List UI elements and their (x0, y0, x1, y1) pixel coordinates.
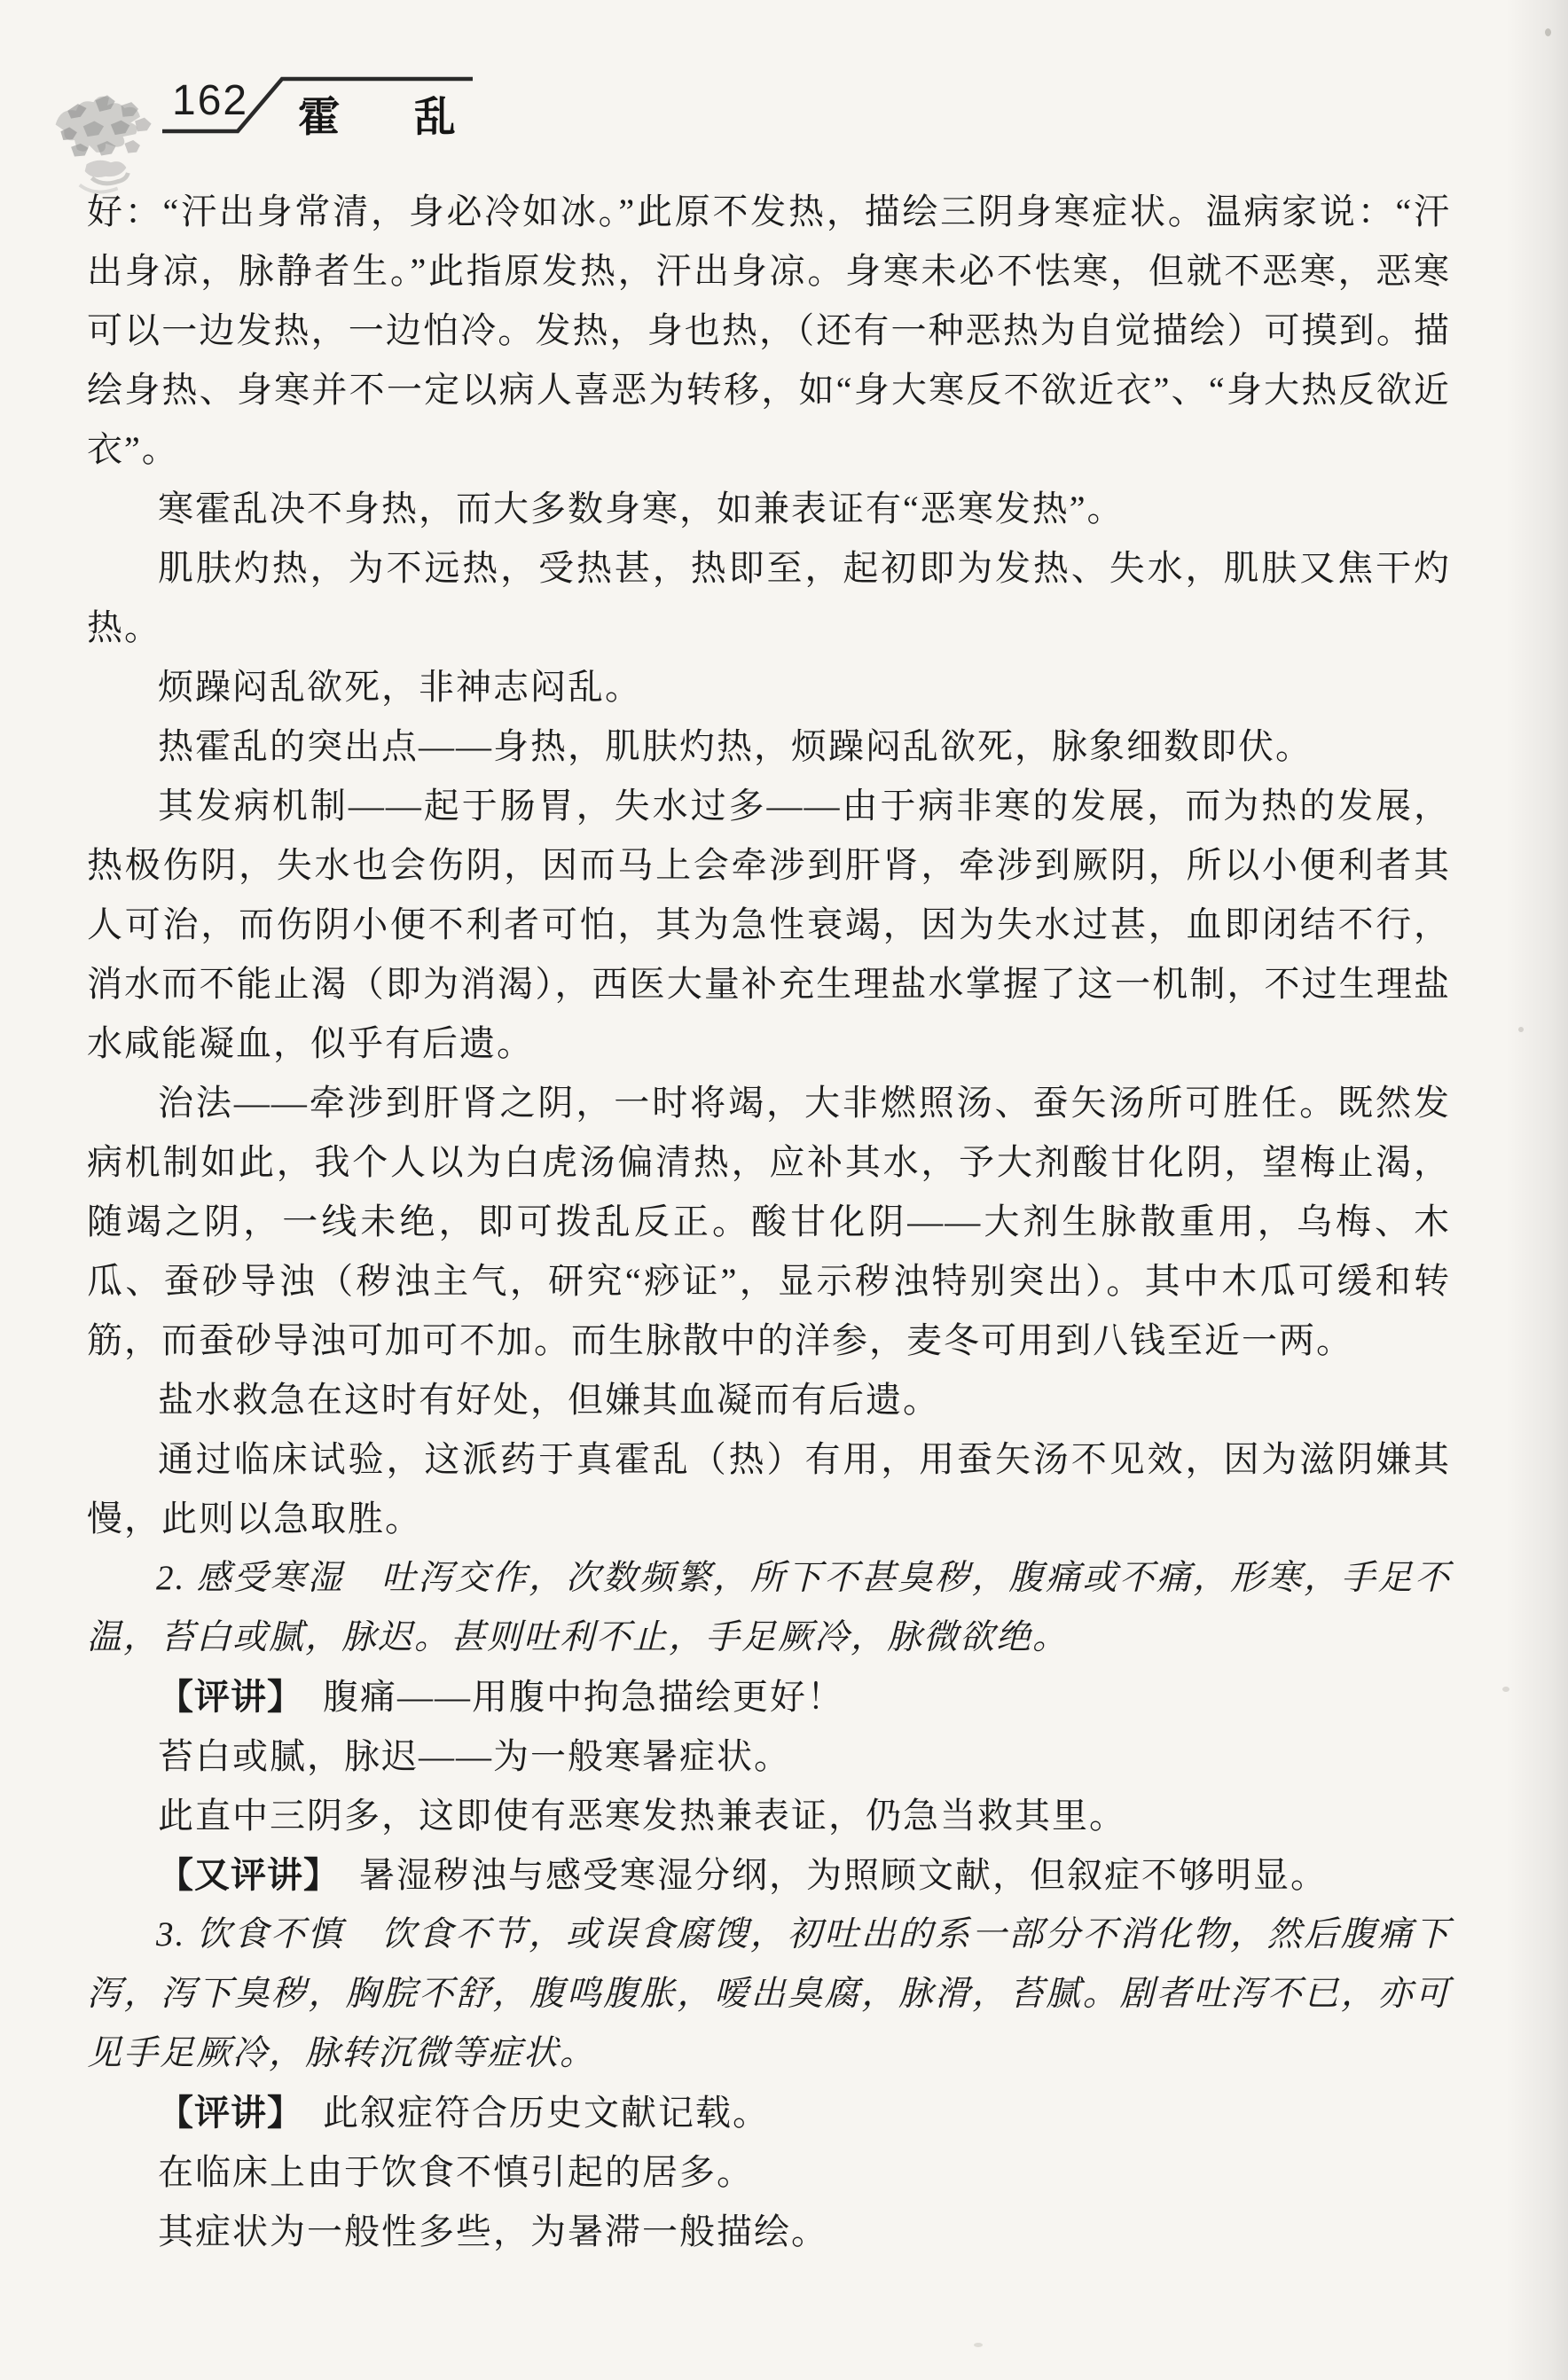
paragraph: 肌肤灼热，为不远热，受热甚，热即至，起初即为发热、失水，肌肤又焦干灼热。 (87, 538, 1451, 657)
paragraph: 2. 感受寒湿 吐泻交作，次数频繁，所下不甚臭秽，腹痛或不痛，形寒，手足不温，苔… (87, 1548, 1451, 1667)
scan-speck (1502, 1687, 1509, 1692)
paragraph: 苔白或腻，脉迟——为一般寒暑症状。 (87, 1726, 1451, 1786)
paragraph: 盐水救急在这时有好处，但嫌其血凝而有后遗。 (87, 1370, 1451, 1429)
paragraph: 【评讲】 此叙症符合历史文献记载。 (87, 2083, 1451, 2142)
paragraph: 在临床上由于饮食不慎引起的居多。 (87, 2142, 1451, 2202)
scan-edge-shadow (1506, 0, 1568, 2380)
paragraph: 【又评讲】 暑湿秽浊与感受寒湿分纲，为照顾文献，但叙症不够明显。 (87, 1845, 1451, 1905)
paragraph: 通过临床试验，这派药于真霍乱（热）有用，用蚕矢汤不见效，因为滋阴嫌其慢，此则以急… (87, 1429, 1451, 1548)
scan-speck (1518, 1027, 1524, 1032)
book-page: 162 霍 乱 好：“汗出身常清，身必冷如冰。”此原不发热，描绘三阴身寒症状。温… (0, 0, 1568, 2380)
page-body: 好：“汗出身常清，身必冷如冰。”此原不发热，描绘三阴身寒症状。温病家说：“汗出身… (87, 182, 1451, 2261)
comment-label: 【又评讲】 (158, 1855, 322, 1895)
paragraph: 寒霍乱决不身热，而大多数身寒，如兼表证有“恶寒发热”。 (87, 479, 1451, 538)
paragraph: 烦躁闷乱欲死，非神志闷乱。 (87, 657, 1451, 716)
paragraph: 3. 饮食不慎 饮食不节，或误食腐馊，初吐出的系一部分不消化物，然后腹痛下泻，泻… (87, 1905, 1451, 2083)
paragraph: 热霍乱的突出点——身热，肌肤灼热，烦躁闷乱欲死，脉象细数即伏。 (87, 716, 1451, 776)
page-number: 162 (172, 80, 248, 122)
paragraph: 其症状为一般性多些，为暑滞一般描绘。 (87, 2202, 1451, 2261)
paragraph: 好：“汗出身常清，身必冷如冰。”此原不发热，描绘三阴身寒症状。温病家说：“汗出身… (87, 182, 1451, 479)
paragraph: 其发病机制——起于肠胃，失水过多——由于病非寒的发展，而为热的发展，热极伤阴，失… (87, 776, 1451, 1073)
comment-label: 【评讲】 (158, 2093, 286, 2133)
comment-label: 【评讲】 (158, 1677, 286, 1717)
paragraph: 【评讲】 腹痛——用腹中拘急描绘更好！ (87, 1667, 1451, 1726)
paragraph: 此直中三阴多，这即使有恶寒发热兼表证，仍急当救其里。 (87, 1786, 1451, 1845)
scan-speck (974, 2343, 983, 2347)
scan-speck (1545, 28, 1551, 36)
chapter-title: 霍 乱 (280, 98, 474, 139)
paragraph: 治法——牵涉到肝肾之阴，一时将竭，大非燃照汤、蚕矢汤所可胜任。既然发病机制如此，… (87, 1073, 1451, 1370)
